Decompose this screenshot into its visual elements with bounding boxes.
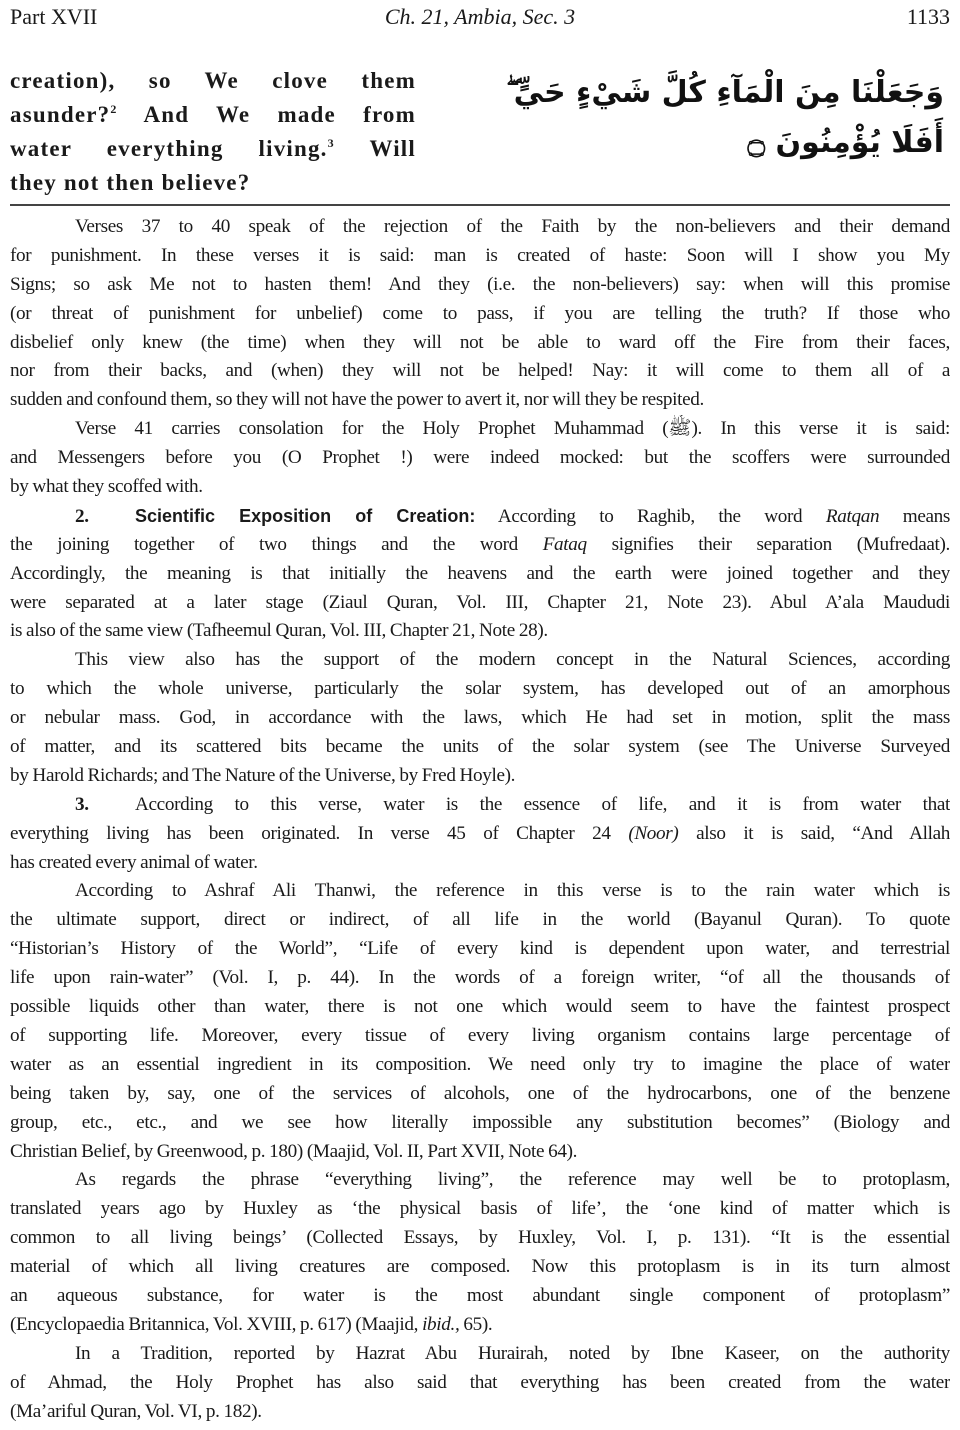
term-noor: (Noor) <box>628 823 678 844</box>
text-line: is also of the same view (Tafheemul Qura… <box>10 617 950 646</box>
text-run: According to this verse, water is the es… <box>135 794 950 815</box>
text-line: of supporting life. Moreover, every tiss… <box>10 1022 950 1051</box>
text-line: disbelief only knew (the time) when they… <box>10 329 950 358</box>
note-heading: Scientific Exposition of Creation: <box>135 506 475 526</box>
text-run: the joining together of two things and t… <box>10 534 518 555</box>
translation-text: water everything living. <box>10 136 328 161</box>
text-line: were separated at a later stage (Ziaul Q… <box>10 589 950 618</box>
arabic-line: أَفَلَا يُؤْمِنُونَ ۝ <box>544 118 944 168</box>
text-run: everything living has been originated. I… <box>10 823 611 844</box>
text-run: also it is said, “And Allah <box>696 823 950 844</box>
text-line: has created every animal of water. <box>10 849 950 878</box>
paragraph-thanwi: According to Ashraf Ali Thanwi, the refe… <box>10 877 950 1166</box>
text-line: to which the whole universe, particularl… <box>10 675 950 704</box>
term-ibid: ibid., <box>422 1314 459 1335</box>
translation-text: creation), so We clove them <box>10 68 416 93</box>
text-line: This view also has the support of the mo… <box>10 646 950 675</box>
text-line: “Historian’s History of the World”, “Lif… <box>10 935 950 964</box>
verse-block: creation), so We clove them asunder?2 An… <box>10 64 950 199</box>
term-ratqan: Ratqan <box>826 506 879 527</box>
text-line: possible liquids other than water, there… <box>10 993 950 1022</box>
translation-text: Will <box>369 136 416 161</box>
chapter-section-label: Ch. 21, Ambia, Sec. 3 <box>10 2 950 32</box>
text-line: an aqueous substance, for water is the m… <box>10 1282 950 1311</box>
section-divider <box>10 204 950 206</box>
text-line: In a Tradition, reported by Hazrat Abu H… <box>10 1340 950 1369</box>
text-line: life upon rain-water” (Vol. I, p. 44). I… <box>10 964 950 993</box>
note-2-scientific-exposition: 2.Scientific Exposition of Creation: Acc… <box>10 502 950 646</box>
text-line: the ultimate support, direct or indirect… <box>10 906 950 935</box>
text-line: everything living has been originated. I… <box>10 820 950 849</box>
text-line: Verse 41 carries consolation for the Hol… <box>10 415 950 444</box>
arabic-line: وَجَعَلْنَا مِنَ الْمَآءِ كُلَّ شَيْءٍ ح… <box>544 68 944 118</box>
commentary-body: Verses 37 to 40 speak of the rejection o… <box>10 213 950 1426</box>
paragraph-protoplasm: As regards the phrase “everything living… <box>10 1166 950 1339</box>
note-number: 2. <box>75 503 135 531</box>
paragraph-natural-sciences: This view also has the support of the mo… <box>10 646 950 790</box>
paragraph-tradition: In a Tradition, reported by Hazrat Abu H… <box>10 1340 950 1427</box>
text-line: Signs; so ask Me not to hasten them! And… <box>10 271 950 300</box>
term-fataq: Fataq <box>543 534 587 555</box>
note-number: 3. <box>75 791 135 820</box>
verse-translation: creation), so We clove them asunder?2 An… <box>10 64 416 200</box>
text-line: by what they scoffed with. <box>10 473 950 502</box>
text-line: of matter, and its scattered bits became… <box>10 733 950 762</box>
text-run: means <box>903 506 950 527</box>
text-line: of Ahmad, the Holy Prophet has also said… <box>10 1369 950 1398</box>
translation-line: creation), so We clove them <box>10 64 416 98</box>
translation-text: And We made from <box>143 102 416 127</box>
text-line: (Ma’ariful Quran, Vol. VI, p. 182). <box>10 1398 950 1427</box>
translation-text: they not then believe? <box>10 170 250 195</box>
text-line: (Encyclopaedia Britannica, Vol. XVIII, p… <box>10 1311 950 1340</box>
text-line: the joining together of two things and t… <box>10 531 950 560</box>
text-line: and Messengers before you (O Prophet !) … <box>10 444 950 473</box>
text-line: or nebular mass. God, in accordance with… <box>10 704 950 733</box>
text-line: translated years ago by Huxley as ‘the p… <box>10 1195 950 1224</box>
text-line: 3.According to this verse, water is the … <box>10 791 950 820</box>
text-run: signifies their separation (Mufredaat). <box>612 534 950 555</box>
text-line: common to all living beings’ (Collected … <box>10 1224 950 1253</box>
text-line: (or threat of punishment for unbelief) c… <box>10 300 950 329</box>
text-line: Verses 37 to 40 speak of the rejection o… <box>10 213 950 242</box>
text-line: Christian Belief, by Greenwood, p. 180) … <box>10 1138 950 1167</box>
text-run: (Encyclopaedia Britannica, Vol. XVIII, p… <box>10 1314 418 1335</box>
footnote-ref[interactable]: 3 <box>328 136 335 150</box>
footnote-ref[interactable]: 2 <box>110 102 117 116</box>
paragraph-verses-37-40: Verses 37 to 40 speak of the rejection o… <box>10 213 950 415</box>
text-line: group, etc., etc., and we see how litera… <box>10 1109 950 1138</box>
page-header: Part XVII Ch. 21, Ambia, Sec. 3 1133 <box>10 2 950 32</box>
text-line: by Harold Richards; and The Nature of th… <box>10 762 950 791</box>
text-line: According to Ashraf Ali Thanwi, the refe… <box>10 877 950 906</box>
text-run: 65). <box>463 1314 492 1335</box>
text-line: As regards the phrase “everything living… <box>10 1166 950 1195</box>
text-line: sudden and confound them, so they will n… <box>10 386 950 415</box>
arabic-verse: وَجَعَلْنَا مِنَ الْمَآءِ كُلَّ شَيْءٍ ح… <box>544 68 944 168</box>
translation-line: water everything living.3 Will <box>10 132 416 166</box>
note-3-water-essence: 3.According to this verse, water is the … <box>10 791 950 878</box>
text-line: nor from their backs, and (when) they wi… <box>10 357 950 386</box>
translation-line: they not then believe? <box>10 166 416 200</box>
text-line: being taken by, say, one of the services… <box>10 1080 950 1109</box>
text-line: water as an essential ingredient in its … <box>10 1051 950 1080</box>
text-line: 2.Scientific Exposition of Creation: Acc… <box>10 502 950 531</box>
text-line: Accordingly, the meaning is that initial… <box>10 560 950 589</box>
text-line: for punishment. In these verses it is sa… <box>10 242 950 271</box>
page-number: 1133 <box>907 2 950 32</box>
translation-line: asunder?2 And We made from <box>10 98 416 132</box>
text-run: According to Raghib, the word <box>498 506 802 527</box>
translation-text: asunder? <box>10 102 110 127</box>
text-line: material of which all living creatures a… <box>10 1253 950 1282</box>
paragraph-verse-41: Verse 41 carries consolation for the Hol… <box>10 415 950 502</box>
